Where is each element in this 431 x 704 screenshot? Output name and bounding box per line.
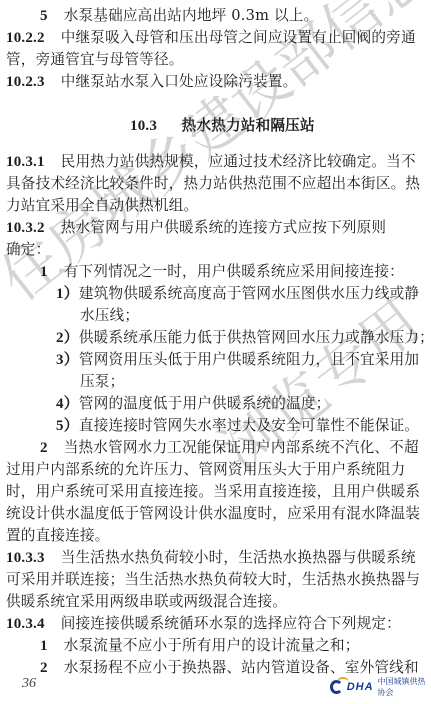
- section-heading: 10.3 热水热力站和隔压站: [130, 116, 315, 136]
- clause-text: 供暖系统宜采用两级串联或两级混合连接。: [6, 593, 287, 610]
- text-line: 2）供暖系统承压能力低于供热管网回水压力或静水压力；: [56, 328, 431, 348]
- clause-text: 中继泵吸入母管和压出母管之间应设置有止回阀的旁通: [61, 29, 416, 46]
- text-line: 2水泵扬程不应小于换热器、站内管道设备、室外管线和: [40, 658, 419, 678]
- clause-text: 管，旁通管宜与母管等径。: [6, 51, 184, 68]
- text-line: 10.2.2中继泵吸入母管和压出母管之间应设置有止回阀的旁通: [6, 28, 416, 48]
- clause-number: 10.2.2: [6, 30, 45, 46]
- clause-text: 当生活热水热负荷较小时，生活热水换热器与供暖系统: [61, 549, 416, 566]
- text-line: 1）建筑物供暖系统高度高于管网水压图供水压力线或静: [56, 284, 419, 304]
- text-line: 管，旁通管宜与母管等径。: [6, 50, 184, 70]
- text-line: 5水泵基础应高出站内地坪 0.3m 以上。: [40, 6, 318, 26]
- text-line: 置的直接连接。: [6, 526, 110, 546]
- text-line: 10.3.1民用热力站供热规模，应通过技术经济比较确定。当不: [6, 152, 416, 172]
- clause-text: 水泵流量不应小于所有用户的设计流量之和；: [64, 637, 360, 654]
- clause-number: 10.3.3: [6, 550, 45, 566]
- text-line: 压泵；: [80, 372, 124, 392]
- clause-text: 压泵；: [80, 373, 124, 390]
- clause-text: 供暖系统承压能力低于供热管网回水压力或静水压力；: [79, 329, 431, 346]
- clause-number: 1: [40, 638, 48, 654]
- clause-text: 有下列情况之一时，用户供暖系统应采用间接连接：: [64, 263, 404, 280]
- clause-number: 1）: [56, 286, 79, 302]
- clause-text: 管网的温度低于用户供暖系统的温度；: [79, 395, 331, 412]
- clause-text: 水泵扬程不应小于换热器、站内管道设备、室外管线和: [64, 659, 419, 676]
- clause-text: 确定：: [6, 241, 50, 258]
- clause-text: 具备技术经济比较条件时，热力站供热范围不应超出本街区。热: [6, 175, 420, 192]
- clause-text: 当热水管网水力工况能保证用户内部系统不汽化、不超: [64, 439, 419, 456]
- clause-number: 5）: [56, 418, 79, 434]
- text-line: 1水泵流量不应小于所有用户的设计流量之和；: [40, 636, 360, 656]
- logo-abbr: DHA: [347, 681, 374, 693]
- text-line: 10.2.3中继泵站水泵入口处应设除污装置。: [6, 72, 297, 92]
- publisher-logo: DHA 中国城镇供热协会: [330, 676, 431, 698]
- text-line: 可采用并联连接；当生活热水热负荷较大时，生活热水换热器与: [6, 570, 420, 590]
- clause-text: 建筑物供暖系统高度高于管网水压图供水压力线或静: [79, 285, 419, 302]
- clause-number: 5: [40, 8, 48, 24]
- clause-text: 统设计供水温度低于管网设计供水温度时，应采用有混水降温装: [6, 505, 420, 522]
- text-line: 水压线；: [80, 306, 139, 326]
- clause-text: 水泵基础应高出站内地坪 0.3m 以上。: [64, 7, 319, 24]
- clause-text: 热水管网与用户供暖系统的连接方式应按下列原则: [61, 219, 386, 236]
- text-line: 5）直接连接时管网失水率过大及安全可靠性不能保证。: [56, 416, 419, 436]
- clause-number: 2: [40, 660, 48, 676]
- clause-text: 置的直接连接。: [6, 527, 110, 544]
- logo-org-name: 中国城镇供热协会: [378, 676, 431, 698]
- section-number: 10.3: [130, 118, 157, 134]
- clause-number: 10.3.4: [6, 616, 45, 632]
- text-line: 4）管网的温度低于用户供暖系统的温度；: [56, 394, 330, 414]
- clause-number: 2: [40, 440, 48, 456]
- logo-c-icon: [330, 680, 343, 694]
- page-number: 36: [22, 676, 36, 692]
- clause-number: 10.3.2: [6, 220, 45, 236]
- text-line: 力站宜采用全自动供热机组。: [6, 196, 198, 216]
- clause-number: 10.3.1: [6, 154, 45, 170]
- text-line: 具备技术经济比较条件时，热力站供热范围不应超出本街区。热: [6, 174, 420, 194]
- text-line: 10.3.2热水管网与用户供暖系统的连接方式应按下列原则: [6, 218, 386, 238]
- text-line: 1有下列情况之一时，用户供暖系统应采用间接连接：: [40, 262, 404, 282]
- clause-text: 时，用户系统可采用直接连接。当采用直接连接，且用户供暖系: [6, 483, 420, 500]
- clause-text: 直接连接时管网失水率过大及安全可靠性不能保证。: [79, 417, 419, 434]
- text-line: 时，用户系统可采用直接连接。当采用直接连接，且用户供暖系: [6, 482, 420, 502]
- clause-text: 管网资用压头低于用户供暖系统阻力，且不宜采用加: [79, 351, 419, 368]
- text-line: 10.3.3当生活热水热负荷较小时，生活热水换热器与供暖系统: [6, 548, 416, 568]
- clause-text: 力站宜采用全自动供热机组。: [6, 197, 198, 214]
- clause-text: 中继泵站水泵入口处应设除污装置。: [61, 73, 298, 90]
- clause-number: 4）: [56, 396, 79, 412]
- text-line: 过用户内部系统的允许压力、管网资用压头大于用户系统阻力: [6, 460, 405, 480]
- section-title: 热水热力站和隔压站: [182, 117, 315, 134]
- document-page: 10.3 热水热力站和隔压站 住房城乡建设部信息公开 浏览专用 36 DHA 中…: [0, 0, 431, 704]
- clause-number: 1: [40, 264, 48, 280]
- clause-text: 间接连接供暖系统循环水泵的选择应符合下列规定：: [61, 615, 401, 632]
- clause-text: 民用热力站供热规模，应通过技术经济比较确定。当不: [61, 153, 416, 170]
- text-line: 3）管网资用压头低于用户供暖系统阻力，且不宜采用加: [56, 350, 419, 370]
- clause-text: 过用户内部系统的允许压力、管网资用压头大于用户系统阻力: [6, 461, 405, 478]
- text-line: 供暖系统宜采用两级串联或两级混合连接。: [6, 592, 287, 612]
- text-line: 10.3.4间接连接供暖系统循环水泵的选择应符合下列规定：: [6, 614, 401, 634]
- clause-text: 水压线；: [80, 307, 139, 324]
- clause-number: 3）: [56, 352, 79, 368]
- text-line: 2当热水管网水力工况能保证用户内部系统不汽化、不超: [40, 438, 419, 458]
- text-line: 确定：: [6, 240, 50, 260]
- text-line: 统设计供水温度低于管网设计供水温度时，应采用有混水降温装: [6, 504, 420, 524]
- clause-text: 可采用并联连接；当生活热水热负荷较大时，生活热水换热器与: [6, 571, 420, 588]
- clause-number: 2）: [56, 330, 79, 346]
- clause-number: 10.2.3: [6, 74, 45, 90]
